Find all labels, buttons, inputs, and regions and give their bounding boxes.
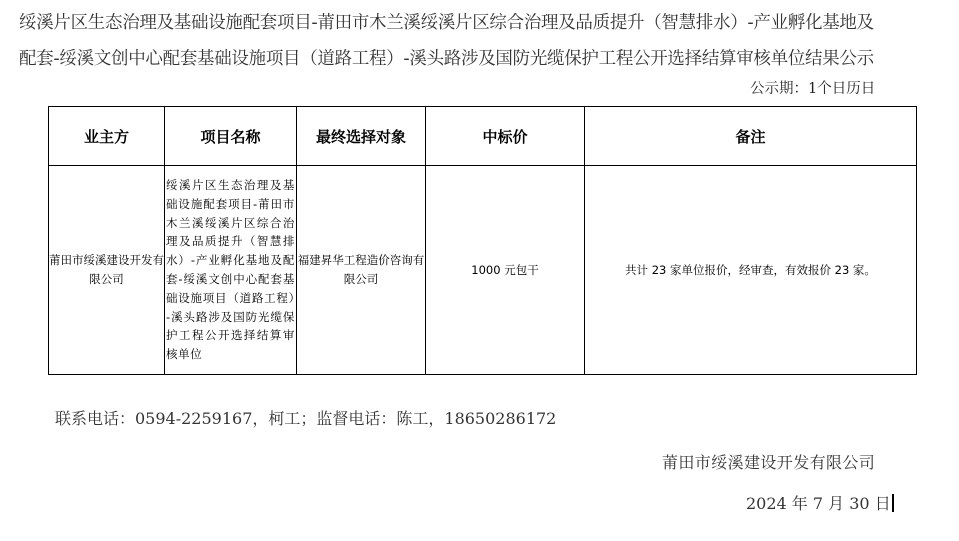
header-project-name: 项目名称 bbox=[165, 107, 297, 166]
cell-winning-price: 1000 元包干 bbox=[426, 166, 585, 375]
issue-date-line: 2024 年 7 月 30 日 bbox=[746, 491, 894, 514]
header-selected-party: 最终选择对象 bbox=[297, 107, 426, 166]
cell-owner: 莆田市绥溪建设开发有限公司 bbox=[49, 166, 165, 375]
header-remarks: 备注 bbox=[585, 107, 917, 166]
title-line-1: 绥溪片区生态治理及基础设施配套项目-莆田市木兰溪绥溪片区综合治理及品质提升（智慧… bbox=[19, 6, 954, 42]
contact-info: 联系电话：0594-2259167，柯工；监督电话：陈工，18650286172 bbox=[55, 406, 556, 429]
cell-project-name: 绥溪片区生态治理及基础设施配套项目-莆田市木兰溪绥溪片区综合治理及品质提升（智慧… bbox=[165, 166, 297, 375]
header-owner: 业主方 bbox=[49, 107, 165, 166]
title-line-2: 配套-绥溪文创中心配套基础设施项目（道路工程）-溪头路涉及国防光缆保护工程公开选… bbox=[19, 42, 954, 78]
table-header-row: 业主方 项目名称 最终选择对象 中标价 备注 bbox=[49, 107, 917, 166]
text-cursor-icon bbox=[892, 494, 894, 512]
cell-selected-party: 福建昇华工程造价咨询有限公司 bbox=[297, 166, 426, 375]
header-winning-price: 中标价 bbox=[426, 107, 585, 166]
issue-date: 2024 年 7 月 30 日 bbox=[746, 494, 891, 513]
table-row: 莆田市绥溪建设开发有限公司 绥溪片区生态治理及基础设施配套项目-莆田市木兰溪绥溪… bbox=[49, 166, 917, 375]
publicity-period: 公示期：1个日历日 bbox=[750, 77, 875, 98]
result-table: 业主方 项目名称 最终选择对象 中标价 备注 莆田市绥溪建设开发有限公司 绥溪片… bbox=[48, 106, 917, 375]
announcement-page: 绥溪片区生态治理及基础设施配套项目-莆田市木兰溪绥溪片区综合治理及品质提升（智慧… bbox=[0, 0, 959, 541]
issuing-company: 莆田市绥溪建设开发有限公司 bbox=[662, 450, 875, 473]
cell-remarks: 共计 23 家单位报价，经审查，有效报价 23 家。 bbox=[585, 166, 917, 375]
announcement-title: 绥溪片区生态治理及基础设施配套项目-莆田市木兰溪绥溪片区综合治理及品质提升（智慧… bbox=[19, 6, 954, 78]
